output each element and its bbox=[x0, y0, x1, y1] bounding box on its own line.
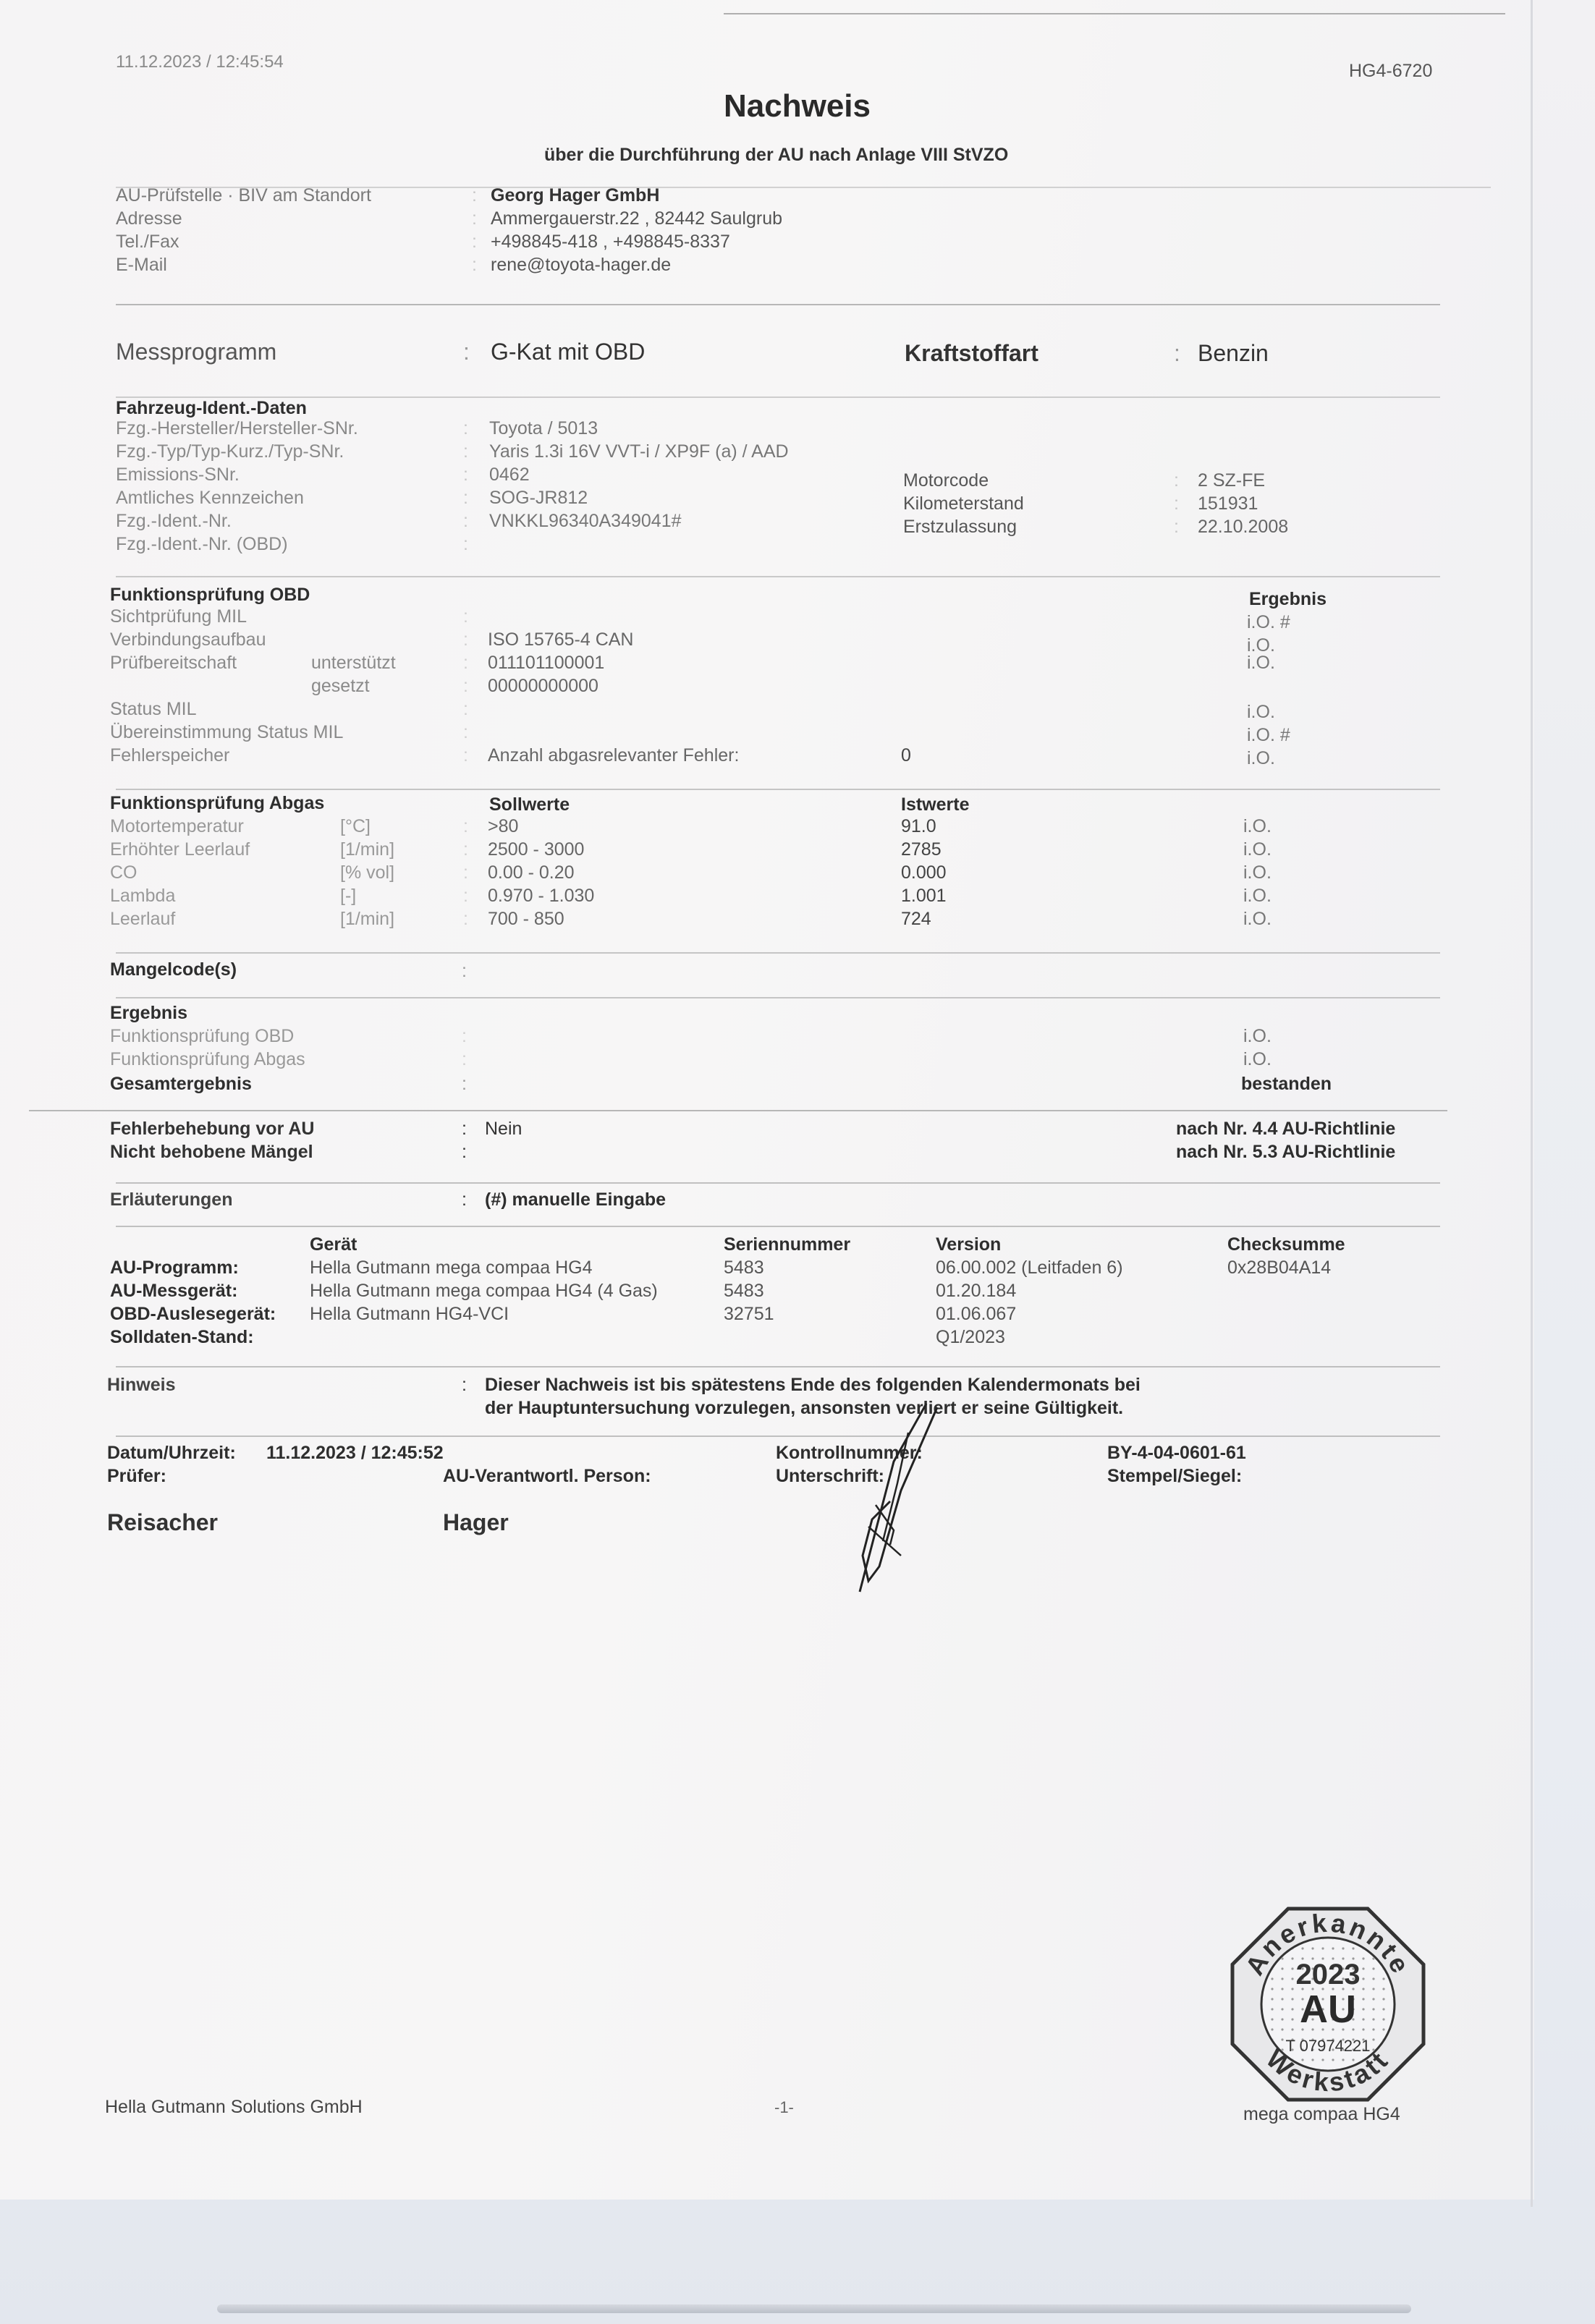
obd-check-sublabel: gesetzt bbox=[311, 676, 370, 697]
colon: : bbox=[472, 185, 477, 206]
obd-check-label: Sichtprüfung MIL bbox=[110, 606, 247, 627]
colon: : bbox=[1174, 493, 1179, 514]
fix-label: Fehlerbehebung vor AU bbox=[110, 1119, 314, 1140]
vehicle-field-label: Fzg.-Hersteller/Hersteller-SNr. bbox=[116, 418, 358, 439]
device-version: Q1/2023 bbox=[936, 1327, 1005, 1348]
colon: : bbox=[472, 232, 477, 253]
exhaust-target-value: 0.970 - 1.030 bbox=[488, 886, 594, 907]
exhaust-param-unit: [1/min] bbox=[340, 909, 394, 930]
svg-text:T 07974221: T 07974221 bbox=[1285, 2037, 1370, 2055]
examiner-name: Reisacher bbox=[107, 1509, 218, 1536]
colon: : bbox=[463, 839, 468, 860]
colon: : bbox=[462, 1189, 467, 1210]
divider bbox=[116, 1182, 1440, 1184]
result-row-label: Funktionsprüfung Abgas bbox=[110, 1049, 305, 1070]
obd-check-value: 00000000000 bbox=[488, 676, 598, 697]
divider bbox=[116, 1366, 1440, 1367]
colon: : bbox=[463, 676, 468, 697]
divider bbox=[116, 1226, 1440, 1227]
device-version: 01.06.067 bbox=[936, 1304, 1016, 1325]
obd-check-label: Prüfbereitschaft bbox=[110, 653, 237, 674]
obd-check-label: Verbindungsaufbau bbox=[110, 629, 266, 650]
vehicle-detail-label: Erstzulassung bbox=[903, 517, 1017, 538]
exhaust-param-label: Lambda bbox=[110, 886, 175, 907]
vehicle-field-value: Toyota / 5013 bbox=[489, 418, 598, 439]
device-serial: 32751 bbox=[724, 1304, 774, 1325]
divider bbox=[116, 1435, 1440, 1437]
divider bbox=[116, 304, 1440, 305]
notes-label: Erläuterungen bbox=[110, 1189, 232, 1210]
vehicle-field-value: SOG-JR812 bbox=[489, 488, 588, 509]
device-version: 06.00.002 (Leitfaden 6) bbox=[936, 1258, 1123, 1278]
exhaust-actual-value: 1.001 bbox=[901, 886, 947, 907]
device-row-label: AU-Messgerät: bbox=[110, 1281, 237, 1302]
station-label: Adresse bbox=[116, 208, 182, 229]
exhaust-result: i.O. bbox=[1243, 862, 1272, 883]
program-label: Messprogramm bbox=[116, 339, 276, 365]
divider bbox=[116, 997, 1440, 998]
colon: : bbox=[463, 722, 468, 743]
colon: : bbox=[463, 488, 468, 509]
exhaust-param-label: Motortemperatur bbox=[110, 816, 244, 837]
seal-label: Stempel/Siegel: bbox=[1107, 1466, 1242, 1487]
result-row-value: i.O. bbox=[1243, 1026, 1272, 1047]
print-timestamp: 11.12.2023 / 12:45:54 bbox=[116, 52, 284, 72]
vehicle-detail-value: 22.10.2008 bbox=[1198, 517, 1288, 538]
devices-col-header: Version bbox=[936, 1234, 1001, 1255]
exhaust-param-unit: [% vol] bbox=[340, 862, 394, 883]
exhaust-actual-value: 91.0 bbox=[901, 816, 936, 837]
datetime-value: 11.12.2023 / 12:45:52 bbox=[266, 1443, 444, 1464]
vehicle-field-value: Yaris 1.3i 16V VVT-i / XP9F (a) / AAD bbox=[489, 441, 789, 462]
examiner-label: Prüfer: bbox=[107, 1466, 166, 1487]
notice-label: Hinweis bbox=[107, 1375, 175, 1396]
colon: : bbox=[463, 886, 468, 907]
vehicle-field-value: 0462 bbox=[489, 465, 530, 485]
fault-count: 0 bbox=[901, 745, 911, 766]
defects-label: Mangelcode(s) bbox=[110, 959, 237, 980]
fix-reference: nach Nr. 5.3 AU-Richtlinie bbox=[1176, 1142, 1395, 1163]
fuel-value: Benzin bbox=[1198, 340, 1269, 367]
vehicle-heading: Fahrzeug-Ident.-Daten bbox=[116, 398, 307, 419]
device-row-label: Solldaten-Stand: bbox=[110, 1327, 254, 1348]
colon: : bbox=[462, 1026, 467, 1047]
page-subtitle: über die Durchführung der AU nach Anlage… bbox=[544, 145, 1008, 166]
colon: : bbox=[472, 208, 477, 229]
vehicle-detail-label: Motorcode bbox=[903, 470, 989, 491]
control-number-value: BY-4-04-0601-61 bbox=[1107, 1443, 1246, 1464]
responsible-person-label: AU-Verantwortl. Person: bbox=[443, 1466, 651, 1487]
result-heading: Ergebnis bbox=[110, 1003, 187, 1024]
exhaust-target-value: >80 bbox=[488, 816, 518, 837]
obd-check-value: ISO 15765-4 CAN bbox=[488, 629, 634, 650]
device-serial: 5483 bbox=[724, 1258, 764, 1278]
colon: : bbox=[463, 465, 468, 485]
vehicle-field-label: Amtliches Kennzeichen bbox=[116, 488, 304, 509]
vehicle-field-label: Fzg.-Typ/Typ-Kurz./Typ-SNr. bbox=[116, 441, 344, 462]
footer-company: Hella Gutmann Solutions GmbH bbox=[105, 2097, 363, 2118]
obd-check-value: 011101100001 bbox=[488, 653, 604, 674]
colon: : bbox=[463, 699, 468, 720]
obd-check-label: Fehlerspeicher bbox=[110, 745, 229, 766]
device-name: Hella Gutmann HG4-VCI bbox=[310, 1304, 509, 1325]
divider bbox=[116, 396, 1440, 398]
document-page bbox=[0, 0, 1534, 2200]
station-value: Ammergauerstr.22 , 82442 Saulgrub bbox=[491, 208, 782, 229]
au-workshop-stamp: Anerkannte Werkstatt 2023 AU T 07974221 bbox=[1227, 1903, 1429, 2105]
station-value: rene@toyota-hager.de bbox=[491, 255, 671, 276]
obd-check-value: Anzahl abgasrelevanter Fehler: bbox=[488, 745, 739, 766]
actual-col-header: Istwerte bbox=[901, 794, 969, 815]
obd-check-label: Status MIL bbox=[110, 699, 197, 720]
colon: : bbox=[463, 339, 470, 365]
exhaust-heading: Funktionsprüfung Abgas bbox=[110, 793, 324, 814]
exhaust-result: i.O. bbox=[1243, 909, 1272, 930]
obd-check-sublabel: unterstützt bbox=[311, 653, 396, 674]
device-id: HG4-6720 bbox=[1349, 61, 1432, 82]
colon: : bbox=[462, 1074, 467, 1095]
colon: : bbox=[463, 653, 468, 674]
obd-check-result: i.O. bbox=[1247, 748, 1275, 769]
colon: : bbox=[472, 255, 477, 276]
station-label: Tel./Fax bbox=[116, 232, 179, 253]
obd-check-result: i.O. # bbox=[1247, 612, 1290, 633]
divider bbox=[116, 576, 1440, 577]
device-row-label: OBD-Auslesegerät: bbox=[110, 1304, 276, 1325]
colon: : bbox=[463, 441, 468, 462]
device-checksum: 0x28B04A14 bbox=[1227, 1258, 1331, 1278]
colon: : bbox=[463, 511, 468, 532]
svg-text:AU: AU bbox=[1300, 1988, 1356, 2031]
exhaust-param-unit: [-] bbox=[340, 886, 356, 907]
exhaust-param-label: CO bbox=[110, 862, 137, 883]
obd-heading: Funktionsprüfung OBD bbox=[110, 585, 310, 606]
svg-text:2023: 2023 bbox=[1296, 1959, 1361, 1990]
paper-edge bbox=[1531, 0, 1533, 2207]
colon: : bbox=[463, 745, 468, 766]
exhaust-param-unit: [1/min] bbox=[340, 839, 394, 860]
notes-value: (#) manuelle Eingabe bbox=[485, 1189, 666, 1210]
exhaust-result: i.O. bbox=[1243, 839, 1272, 860]
devices-col-header: Checksumme bbox=[1227, 1234, 1345, 1255]
exhaust-target-value: 2500 - 3000 bbox=[488, 839, 584, 860]
top-rule bbox=[724, 13, 1505, 14]
exhaust-target-value: 700 - 850 bbox=[488, 909, 564, 930]
vehicle-detail-value: 151931 bbox=[1198, 493, 1258, 514]
colon: : bbox=[463, 862, 468, 883]
footer-product: mega compaa HG4 bbox=[1243, 2104, 1400, 2125]
colon: : bbox=[463, 534, 468, 555]
station-label: E-Mail bbox=[116, 255, 167, 276]
colon: : bbox=[463, 629, 468, 650]
vehicle-field-label: Fzg.-Ident.-Nr. (OBD) bbox=[116, 534, 288, 555]
exhaust-param-unit: [°C] bbox=[340, 816, 371, 837]
divider bbox=[116, 952, 1440, 954]
fix-value: Nein bbox=[485, 1119, 522, 1140]
colon: : bbox=[1174, 470, 1179, 491]
divider bbox=[116, 789, 1440, 790]
colon: : bbox=[462, 1142, 467, 1163]
responsible-person-name: Hager bbox=[443, 1509, 509, 1536]
vehicle-field-value: VNKKL96340A349041# bbox=[489, 511, 682, 532]
colon: : bbox=[462, 961, 467, 982]
colon: : bbox=[463, 606, 468, 627]
colon: : bbox=[463, 909, 468, 930]
device-serial: 5483 bbox=[724, 1281, 764, 1302]
exhaust-actual-value: 0.000 bbox=[901, 862, 947, 883]
devices-col-header: Seriennummer bbox=[724, 1234, 850, 1255]
target-col-header: Sollwerte bbox=[489, 794, 570, 815]
vehicle-field-label: Emissions-SNr. bbox=[116, 465, 240, 485]
obd-check-result: i.O. bbox=[1247, 653, 1275, 674]
station-value: Georg Hager GmbH bbox=[491, 185, 659, 206]
exhaust-target-value: 0.00 - 0.20 bbox=[488, 862, 575, 883]
result-row-label: Funktionsprüfung OBD bbox=[110, 1026, 294, 1047]
fix-label: Nicht behobene Mängel bbox=[110, 1142, 313, 1163]
colon: : bbox=[1174, 517, 1179, 538]
result-row-value: i.O. bbox=[1243, 1049, 1272, 1070]
divider bbox=[29, 1110, 1447, 1111]
device-row-label: AU-Programm: bbox=[110, 1258, 239, 1278]
obd-result-heading: Ergebnis bbox=[1249, 589, 1327, 610]
exhaust-param-label: Erhöhter Leerlauf bbox=[110, 839, 250, 860]
station-label: AU-Prüfstelle · BIV am Standort bbox=[116, 185, 371, 206]
vehicle-detail-value: 2 SZ-FE bbox=[1198, 470, 1265, 491]
fix-reference: nach Nr. 4.4 AU-Richtlinie bbox=[1176, 1119, 1395, 1140]
exhaust-result: i.O. bbox=[1243, 886, 1272, 907]
exhaust-result: i.O. bbox=[1243, 816, 1272, 837]
vehicle-field-label: Fzg.-Ident.-Nr. bbox=[116, 511, 232, 532]
total-result-label: Gesamtergebnis bbox=[110, 1074, 252, 1095]
obd-check-label: Übereinstimmung Status MIL bbox=[110, 722, 343, 743]
datetime-label: Datum/Uhrzeit: bbox=[107, 1443, 236, 1464]
station-value: +498845-418 , +498845-8337 bbox=[491, 232, 730, 253]
fuel-label: Kraftstoffart bbox=[905, 340, 1038, 367]
exhaust-actual-value: 724 bbox=[901, 909, 931, 930]
obd-check-result: i.O. # bbox=[1247, 725, 1290, 746]
total-result-value: bestanden bbox=[1241, 1074, 1332, 1095]
device-name: Hella Gutmann mega compaa HG4 (4 Gas) bbox=[310, 1281, 658, 1302]
device-version: 01.20.184 bbox=[936, 1281, 1016, 1302]
exhaust-actual-value: 2785 bbox=[901, 839, 942, 860]
colon: : bbox=[462, 1375, 467, 1396]
colon: : bbox=[462, 1119, 467, 1140]
colon: : bbox=[463, 816, 468, 837]
footer-page-number: -1- bbox=[774, 2098, 794, 2117]
page-title: Nachweis bbox=[724, 88, 871, 124]
device-name: Hella Gutmann mega compaa HG4 bbox=[310, 1258, 592, 1278]
program-value: G-Kat mit OBD bbox=[491, 339, 645, 365]
exhaust-param-label: Leerlauf bbox=[110, 909, 175, 930]
paper-shadow bbox=[217, 2304, 1411, 2313]
colon: : bbox=[463, 418, 468, 439]
vehicle-detail-label: Kilometerstand bbox=[903, 493, 1024, 514]
colon: : bbox=[462, 1049, 467, 1070]
handwritten-signature bbox=[782, 1375, 955, 1599]
colon: : bbox=[1174, 340, 1180, 367]
devices-col-header: Gerät bbox=[310, 1234, 357, 1255]
obd-check-result: i.O. bbox=[1247, 702, 1275, 723]
